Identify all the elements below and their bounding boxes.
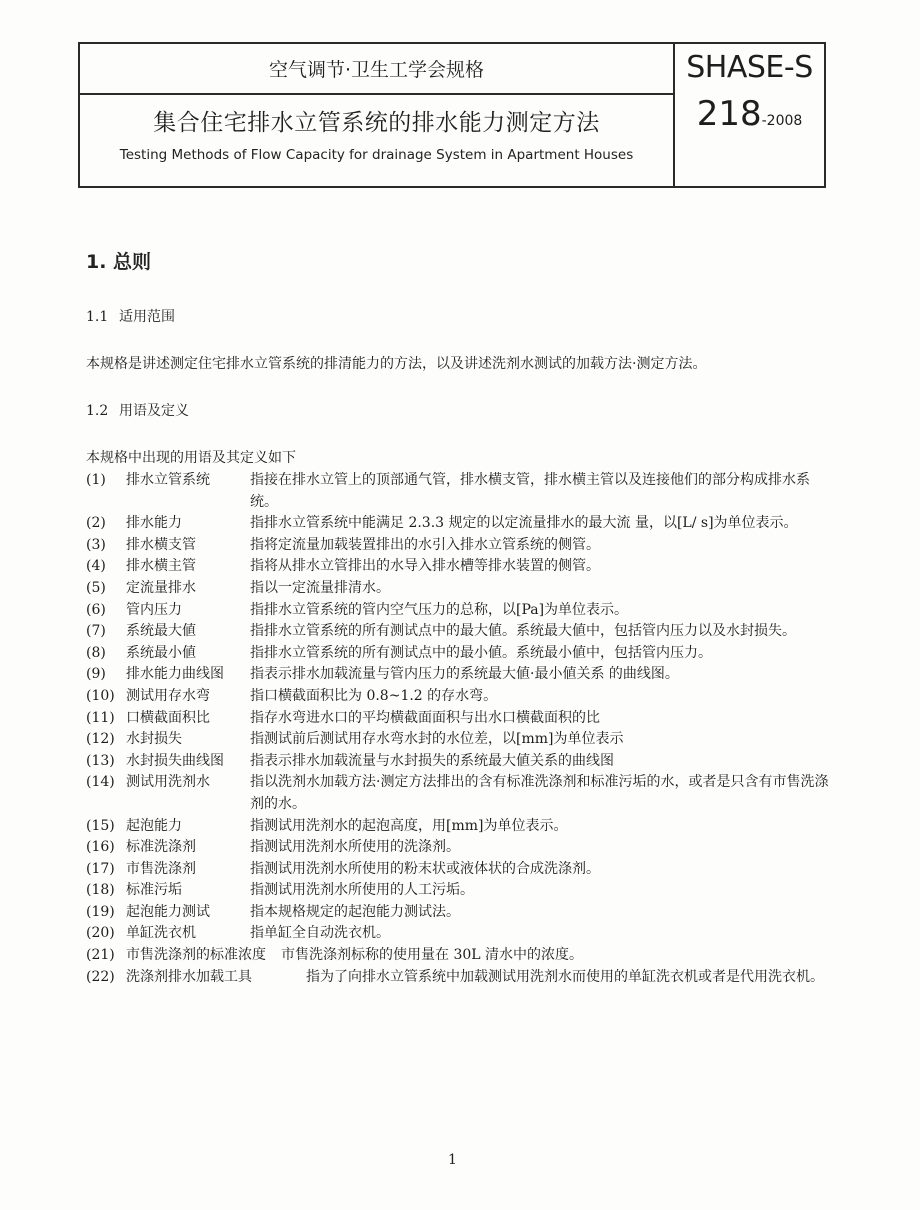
definition-text: 指测试用洗剂水的起泡高度，用[mm]为单位表示。 xyxy=(250,816,831,838)
definition-item: (6)管内压力指排水立管系统的管内空气压力的总称，以[Pa]为单位表示。 xyxy=(86,600,831,622)
definitions-intro: 本规格中出现的用语及其定义如下 xyxy=(86,447,296,467)
definition-item: (14)测试用洗剂水指以洗剂水加载方法·测定方法排出的含有标准洗涤剂和标准污垢的… xyxy=(86,772,831,815)
definition-term: 管内压力 xyxy=(126,600,182,622)
definition-term: 排水横支管 xyxy=(126,535,196,557)
definition-item: (1)排水立管系统指接在排水立管上的顶部通气管，排水横支管，排水横主管以及连接他… xyxy=(86,470,831,513)
definition-number: (20) xyxy=(86,923,115,945)
definition-item: (2)排水能力指排水立管系统中能满足 2.3.3 规定的以定流量排水的最大流 量… xyxy=(86,513,831,535)
subsection-heading-scope: 1.1适用范围 xyxy=(86,306,175,326)
subsection-number: 1.1 xyxy=(86,309,119,325)
page-number: 1 xyxy=(448,1152,457,1168)
definition-term: 市售洗涤剂的标准浓度 xyxy=(126,945,266,967)
definition-number: (21) xyxy=(86,945,115,967)
definition-text: 指口横截面积比为 0.8~1.2 的存水弯。 xyxy=(250,686,831,708)
definition-term: 系统最大値 xyxy=(126,621,196,643)
definition-number: (1) xyxy=(86,470,106,492)
standard-number: 218-2008 xyxy=(675,94,824,134)
definition-number: (19) xyxy=(86,902,115,924)
subsection-title: 适用范围 xyxy=(119,309,175,325)
definition-text: 指将定流量加载装置排出的水引入排水立管系统的侧管。 xyxy=(250,535,831,557)
definition-term: 排水能力 xyxy=(126,513,182,535)
definition-term: 洗涤剂排水加载工具 xyxy=(126,967,252,989)
definition-item: (7)系统最大値指排水立管系统的所有测试点中的最大値。系统最大値中，包括管内压力… xyxy=(86,621,831,643)
definition-number: (17) xyxy=(86,859,115,881)
subsection-title: 用语及定义 xyxy=(119,403,189,419)
definition-item: (5)定流量排水指以一定流量排清水。 xyxy=(86,578,831,600)
definition-item: (9)排水能力曲线图指表示排水加载流量与管内压力的系统最大値·最小値关系 的曲线… xyxy=(86,664,831,686)
definition-term: 起泡能力测试 xyxy=(126,902,210,924)
definition-item: (22)洗涤剂排水加载工具指为了向排水立管系统中加载测试用洗剂水而使用的单缸洗衣… xyxy=(86,967,831,989)
definition-number: (10) xyxy=(86,686,115,708)
definition-text: 指排水立管系统的所有测试点中的最大値。系统最大値中，包括管内压力以及水封损失。 xyxy=(250,621,831,643)
definition-item: (13)水封损失曲线图指表示排水加载流量与水封损失的系统最大値关系的曲线图 xyxy=(86,751,831,773)
definition-term: 标准污垢 xyxy=(126,880,182,902)
definition-number: (7) xyxy=(86,621,106,643)
definition-number: (14) xyxy=(86,772,115,794)
definition-text: 指测试用洗剂水所使用的粉末状或液体状的合成洗涤剂。 xyxy=(250,859,831,881)
definition-item: (18)标准污垢指测试用洗剂水所使用的人工污垢。 xyxy=(86,880,831,902)
definition-text: 指表示排水加载流量与管内压力的系统最大値·最小値关系 的曲线图。 xyxy=(250,664,831,686)
section-heading: 1. 总则 xyxy=(86,247,151,274)
definition-number: (4) xyxy=(86,556,106,578)
definition-item: (3)排水横支管指将定流量加载装置排出的水引入排水立管系统的侧管。 xyxy=(86,535,831,557)
definition-term: 起泡能力 xyxy=(126,816,182,838)
definition-number: (15) xyxy=(86,816,115,838)
definition-term: 排水立管系统 xyxy=(126,470,210,492)
definition-text: 指以一定流量排清水。 xyxy=(250,578,831,600)
definition-text: 市售洗涤剂标称的使用量在 30L 清水中的浓度。 xyxy=(281,945,831,967)
definition-number: (11) xyxy=(86,708,115,730)
definitions-list: (1)排水立管系统指接在排水立管上的顶部通气管，排水横支管，排水横主管以及连接他… xyxy=(86,470,831,988)
standard-header-box: 空气调节·卫生工学会规格 集合住宅排水立管系统的排水能力测定方法 Testing… xyxy=(78,42,826,188)
definition-item: (19)起泡能力测试指本规格规定的起泡能力测试法。 xyxy=(86,902,831,924)
definition-item: (10)测试用存水弯指口横截面积比为 0.8~1.2 的存水弯。 xyxy=(86,686,831,708)
definition-text: 指将从排水立管排出的水导入排水槽等排水装置的侧管。 xyxy=(250,556,831,578)
definition-term: 口横截面积比 xyxy=(126,708,210,730)
definition-number: (12) xyxy=(86,729,115,751)
definition-number: (6) xyxy=(86,600,106,622)
definition-text: 指排水立管系统的管内空气压力的总称，以[Pa]为单位表示。 xyxy=(250,600,831,622)
definition-number: (2) xyxy=(86,513,106,535)
definition-item: (8)系统最小値指排水立管系统的所有测试点中的最小値。系统最小値中，包括管内压力… xyxy=(86,643,831,665)
definition-text: 指测试用洗剂水所使用的人工污垢。 xyxy=(250,880,831,902)
definition-text: 指测试前后测试用存水弯水封的水位差，以[mm]为单位表示 xyxy=(250,729,831,751)
definition-number: (9) xyxy=(86,664,106,686)
definition-item: (21)市售洗涤剂的标准浓度市售洗涤剂标称的使用量在 30L 清水中的浓度。 xyxy=(86,945,831,967)
definition-term: 测试用存水弯 xyxy=(126,686,210,708)
definition-number: (22) xyxy=(86,967,115,989)
standard-number-main: 218 xyxy=(697,94,762,134)
document-title-en: Testing Methods of Flow Capacity for dra… xyxy=(80,147,673,163)
definition-number: (3) xyxy=(86,535,106,557)
definition-number: (8) xyxy=(86,643,106,665)
standard-year: -2008 xyxy=(762,113,803,129)
definition-number: (16) xyxy=(86,837,115,859)
definition-text: 指单缸全自动洗衣机。 xyxy=(250,923,831,945)
definition-term: 系统最小値 xyxy=(126,643,196,665)
definition-text: 指存水弯进水口的平均横截面面积与出水口横截面积的比 xyxy=(250,708,831,730)
definition-term: 水封损失曲线图 xyxy=(126,751,224,773)
subsection-number: 1.2 xyxy=(86,403,119,419)
subsection-heading-definitions: 1.2用语及定义 xyxy=(86,400,189,420)
definition-item: (4)排水横主管指将从排水立管排出的水导入排水槽等排水装置的侧管。 xyxy=(86,556,831,578)
definition-item: (20)单缸洗衣机指单缸全自动洗衣机。 xyxy=(86,923,831,945)
header-title-area: 空气调节·卫生工学会规格 集合住宅排水立管系统的排水能力测定方法 Testing… xyxy=(80,44,675,186)
definition-item: (12)水封损失指测试前后测试用存水弯水封的水位差，以[mm]为单位表示 xyxy=(86,729,831,751)
definition-number: (13) xyxy=(86,751,115,773)
definition-term: 标准洗涤剂 xyxy=(126,837,196,859)
definition-text: 指排水立管系统的所有测试点中的最小値。系统最小値中，包括管内压力。 xyxy=(250,643,831,665)
standard-code: SHASE-S xyxy=(675,50,824,85)
definition-text: 指接在排水立管上的顶部通气管，排水横支管，排水横主管以及连接他们的部分构成排水系… xyxy=(250,470,831,513)
definition-term: 水封损失 xyxy=(126,729,182,751)
definition-term: 排水横主管 xyxy=(126,556,196,578)
definition-number: (5) xyxy=(86,578,106,600)
definition-text: 指测试用洗剂水所使用的洗涤剂。 xyxy=(250,837,831,859)
definition-item: (11)口横截面积比指存水弯进水口的平均横截面面积与出水口横截面积的比 xyxy=(86,708,831,730)
definition-text: 指表示排水加载流量与水封损失的系统最大値关系的曲线图 xyxy=(250,751,831,773)
definition-term: 市售洗涤剂 xyxy=(126,859,196,881)
document-title-cn: 集合住宅排水立管系统的排水能力测定方法 xyxy=(80,104,673,137)
definition-text: 指以洗剂水加载方法·测定方法排出的含有标准洗涤剂和标准污垢的水，或者是只含有市售… xyxy=(250,772,831,815)
definition-term: 定流量排水 xyxy=(126,578,196,600)
definition-text: 指为了向排水立管系统中加载测试用洗剂水而使用的单缸洗衣机或者是代用洗衣机。 xyxy=(306,967,831,989)
standard-code-area: SHASE-S 218-2008 xyxy=(675,44,824,186)
definition-number: (18) xyxy=(86,880,115,902)
definition-text: 指排水立管系统中能满足 2.3.3 规定的以定流量排水的最大流 量，以[L/ s… xyxy=(250,513,831,535)
definition-item: (15)起泡能力指测试用洗剂水的起泡高度，用[mm]为单位表示。 xyxy=(86,816,831,838)
definition-term: 排水能力曲线图 xyxy=(126,664,224,686)
organization-name: 空气调节·卫生工学会规格 xyxy=(80,44,673,95)
definition-item: (17)市售洗涤剂指测试用洗剂水所使用的粉末状或液体状的合成洗涤剂。 xyxy=(86,859,831,881)
definition-item: (16)标准洗涤剂指测试用洗剂水所使用的洗涤剂。 xyxy=(86,837,831,859)
scope-paragraph: 本规格是讲述测定住宅排水立管系统的排清能力的方法，以及讲述洗剂水测试的加载方法·… xyxy=(86,353,706,373)
definition-term: 测试用洗剂水 xyxy=(126,772,210,794)
definition-text: 指本规格规定的起泡能力测试法。 xyxy=(250,902,831,924)
definition-term: 单缸洗衣机 xyxy=(126,923,196,945)
